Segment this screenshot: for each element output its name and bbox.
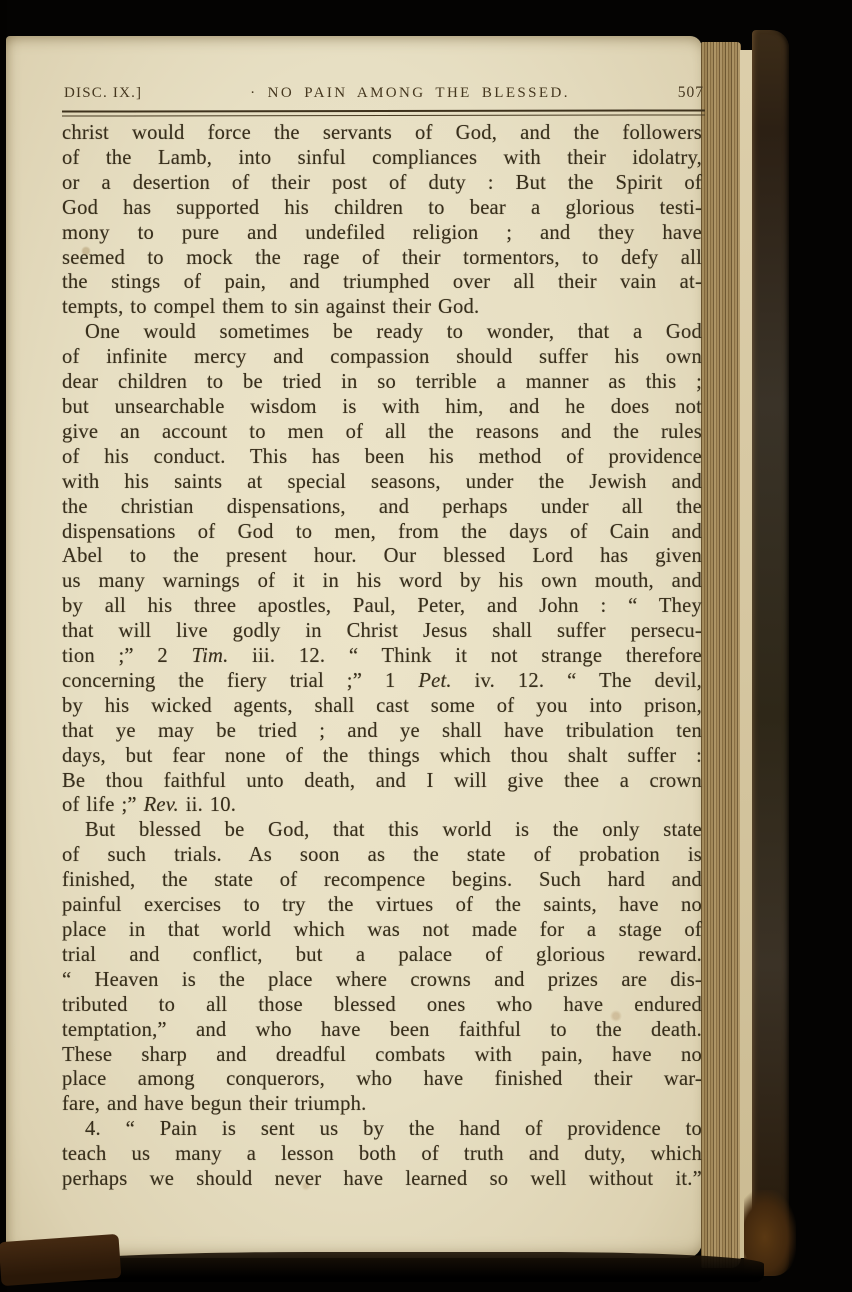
- text-line: Abel to the present hour. Our blessed Lo…: [62, 544, 702, 569]
- text-line: Be thou faithful unto death, and I will …: [62, 769, 702, 794]
- text-line: 4. “ Pain is sent us by the hand of prov…: [62, 1117, 702, 1142]
- text-line: One would sometimes be ready to wonder, …: [62, 320, 702, 345]
- text-line: with his saints at special seasons, unde…: [62, 470, 702, 495]
- text-line: of infinite mercy and compassion should …: [62, 345, 702, 370]
- text-line: that ye may be tried ; and ye shall have…: [62, 719, 702, 744]
- text-line: painful exercises to try the virtues of …: [62, 893, 702, 918]
- page-number: 507: [678, 84, 704, 102]
- text-line: the stings of pain, and triumphed over a…: [62, 270, 702, 295]
- text-line: of life ;” Rev. ii. 10.: [62, 793, 702, 818]
- book-fore-edge-pages: [701, 42, 741, 1268]
- paragraph: But blessed be God, that this world is t…: [62, 818, 702, 1117]
- text-line: tempts, to compel them to sin against th…: [62, 295, 702, 320]
- text-line: place among conquerors, who have finishe…: [62, 1067, 702, 1092]
- text-line: tributed to all those blessed ones who h…: [62, 993, 702, 1018]
- text-line: by his wicked agents, shall cast some of…: [62, 694, 702, 719]
- text-line: place in that world which was not made f…: [62, 918, 702, 943]
- text-line: finished, the state of recompence begins…: [62, 868, 702, 893]
- paragraph: One would sometimes be ready to wonder, …: [62, 320, 702, 818]
- text-line: dispensations of God to men, from the da…: [62, 520, 702, 545]
- text-line: perhaps we should never have learned so …: [62, 1167, 702, 1192]
- text-line: trial and conflict, but a palace of glor…: [62, 943, 702, 968]
- text-line: tion ;” 2 Tim. iii. 12. “ Think it not s…: [62, 644, 702, 669]
- text-line: by all his three apostles, Paul, Peter, …: [62, 594, 702, 619]
- discourse-number: DISC. IX.]: [64, 85, 142, 102]
- text-line: God has supported his children to bear a…: [62, 196, 702, 221]
- page-title: · NO PAIN AMONG THE BLESSED.: [142, 85, 678, 102]
- running-head: DISC. IX.] · NO PAIN AMONG THE BLESSED. …: [64, 84, 704, 102]
- scripture-reference: Pet.: [418, 670, 451, 692]
- book-cover-right-edge: [752, 30, 789, 1276]
- text-line: teach us many a lesson both of truth and…: [62, 1142, 702, 1167]
- text-line: But blessed be God, that this world is t…: [62, 818, 702, 843]
- scripture-reference: Tim.: [192, 645, 229, 667]
- text-line: but unsearchable wisdom is with him, and…: [62, 395, 702, 420]
- text-line: give an account to men of all the reason…: [62, 420, 702, 445]
- text-line: or a desertion of their post of duty : B…: [62, 171, 702, 196]
- text-line: concerning the fiery trial ;” 1 Pet. iv.…: [62, 669, 702, 694]
- text-line: mony to pure and undefiled religion ; an…: [62, 221, 702, 246]
- text-line: fare, and have begun their triumph.: [62, 1092, 702, 1117]
- text-line: dear children to be tried in so terrible…: [62, 370, 702, 395]
- book-photograph: { "header": { "section": "DISC. IX.]", "…: [0, 0, 852, 1292]
- page-body: christ would force the servants of God, …: [62, 121, 702, 1192]
- scripture-reference: Rev.: [144, 794, 179, 816]
- header-divider-rule: [62, 109, 705, 116]
- text-line: days, but fear none of the things which …: [62, 744, 702, 769]
- text-line: of such trials. As soon as the state of …: [62, 843, 702, 868]
- text-line: of his conduct. This has been his method…: [62, 445, 702, 470]
- text-line: us many warnings of it in his word by hi…: [62, 569, 702, 594]
- text-line: of the Lamb, into sinful compliances wit…: [62, 146, 702, 171]
- text-line: “ Heaven is the place where crowns and p…: [62, 968, 702, 993]
- paragraph: 4. “ Pain is sent us by the hand of prov…: [62, 1117, 702, 1192]
- paragraph: christ would force the servants of God, …: [62, 121, 702, 320]
- book-cover-corner-top: [748, 40, 794, 110]
- book-cover-bottom-left: [0, 1234, 121, 1286]
- text-line: temptation,” and who have been faithful …: [62, 1018, 702, 1043]
- text-line: These sharp and dreadful combats with pa…: [62, 1043, 702, 1068]
- text-line: the christian dispensations, and perhaps…: [62, 495, 702, 520]
- text-line: christ would force the servants of God, …: [62, 121, 702, 146]
- text-line: that will live godly in Christ Jesus sha…: [62, 619, 702, 644]
- text-line: seemed to mock the rage of their torment…: [62, 246, 702, 271]
